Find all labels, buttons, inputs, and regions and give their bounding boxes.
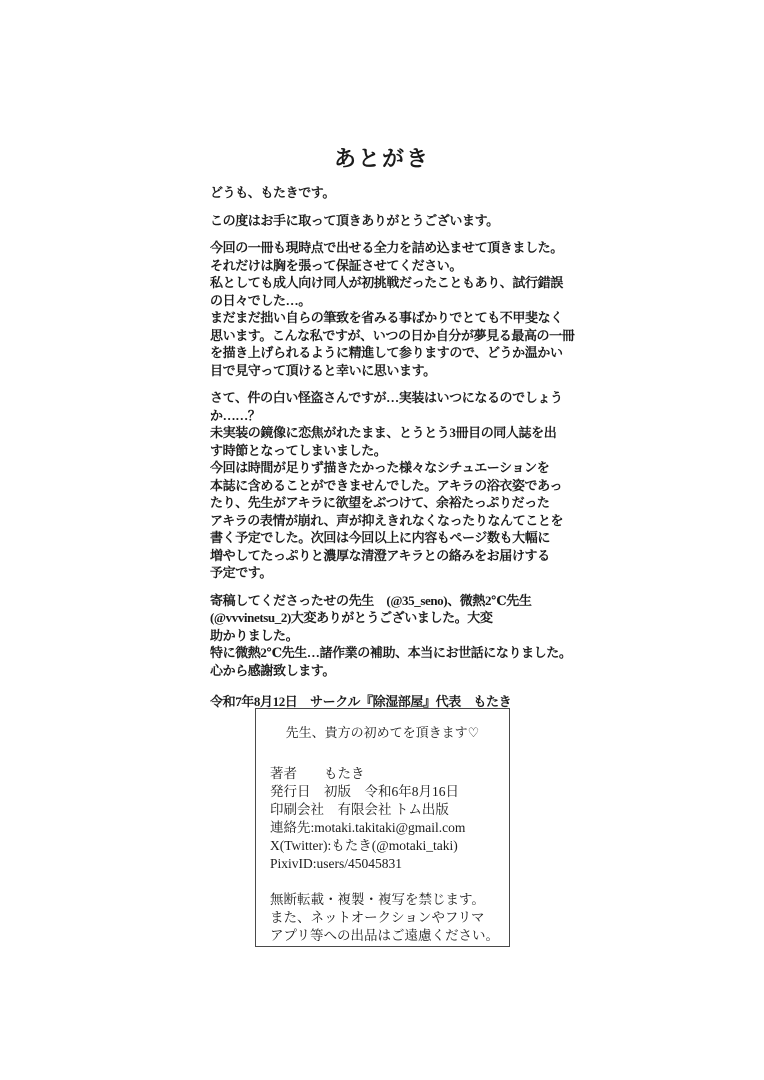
afterword-paragraph-contributors: 寄稿してくださったせの先生 (@35_seno)、微熱2℃先生 (@vvvine… xyxy=(210,592,570,680)
afterword-paragraph-next-plans: さて、件の白い怪盗さんですが…実装はいつになるのでしょう か……？ 未実装の鏡像… xyxy=(210,389,570,582)
afterword-paragraph-greeting: どうも、もたきです。 xyxy=(210,184,570,202)
afterword-page: あとがき どうも、もたきです。 この度はお手に取って頂きありがとうございます。 … xyxy=(0,0,764,1080)
publication-info: 著者 もたき 発行日 初版 令和6年8月16日 印刷会社 有限会社 トム出版 連… xyxy=(256,765,509,873)
afterword-paragraph-effort: 今回の一冊も現時点で出せる全力を詰め込ませて頂きました。 それだけは胸を張って保… xyxy=(210,239,570,379)
book-title: 先生、貴方の初めてを頂きます♡ xyxy=(256,709,509,742)
colophon-box: 先生、貴方の初めてを頂きます♡ 著者 もたき 発行日 初版 令和6年8月16日 … xyxy=(255,708,510,947)
afterword-paragraph-thanks: この度はお手に取って頂きありがとうございます。 xyxy=(210,212,570,230)
copyright-notice: 無断転載・複製・複写を禁じます。 また、ネットオークションやフリマ アプリ等への… xyxy=(256,891,509,945)
page-title: あとがき xyxy=(0,142,764,173)
afterword-body: どうも、もたきです。 この度はお手に取って頂きありがとうございます。 今回の一冊… xyxy=(210,184,570,711)
